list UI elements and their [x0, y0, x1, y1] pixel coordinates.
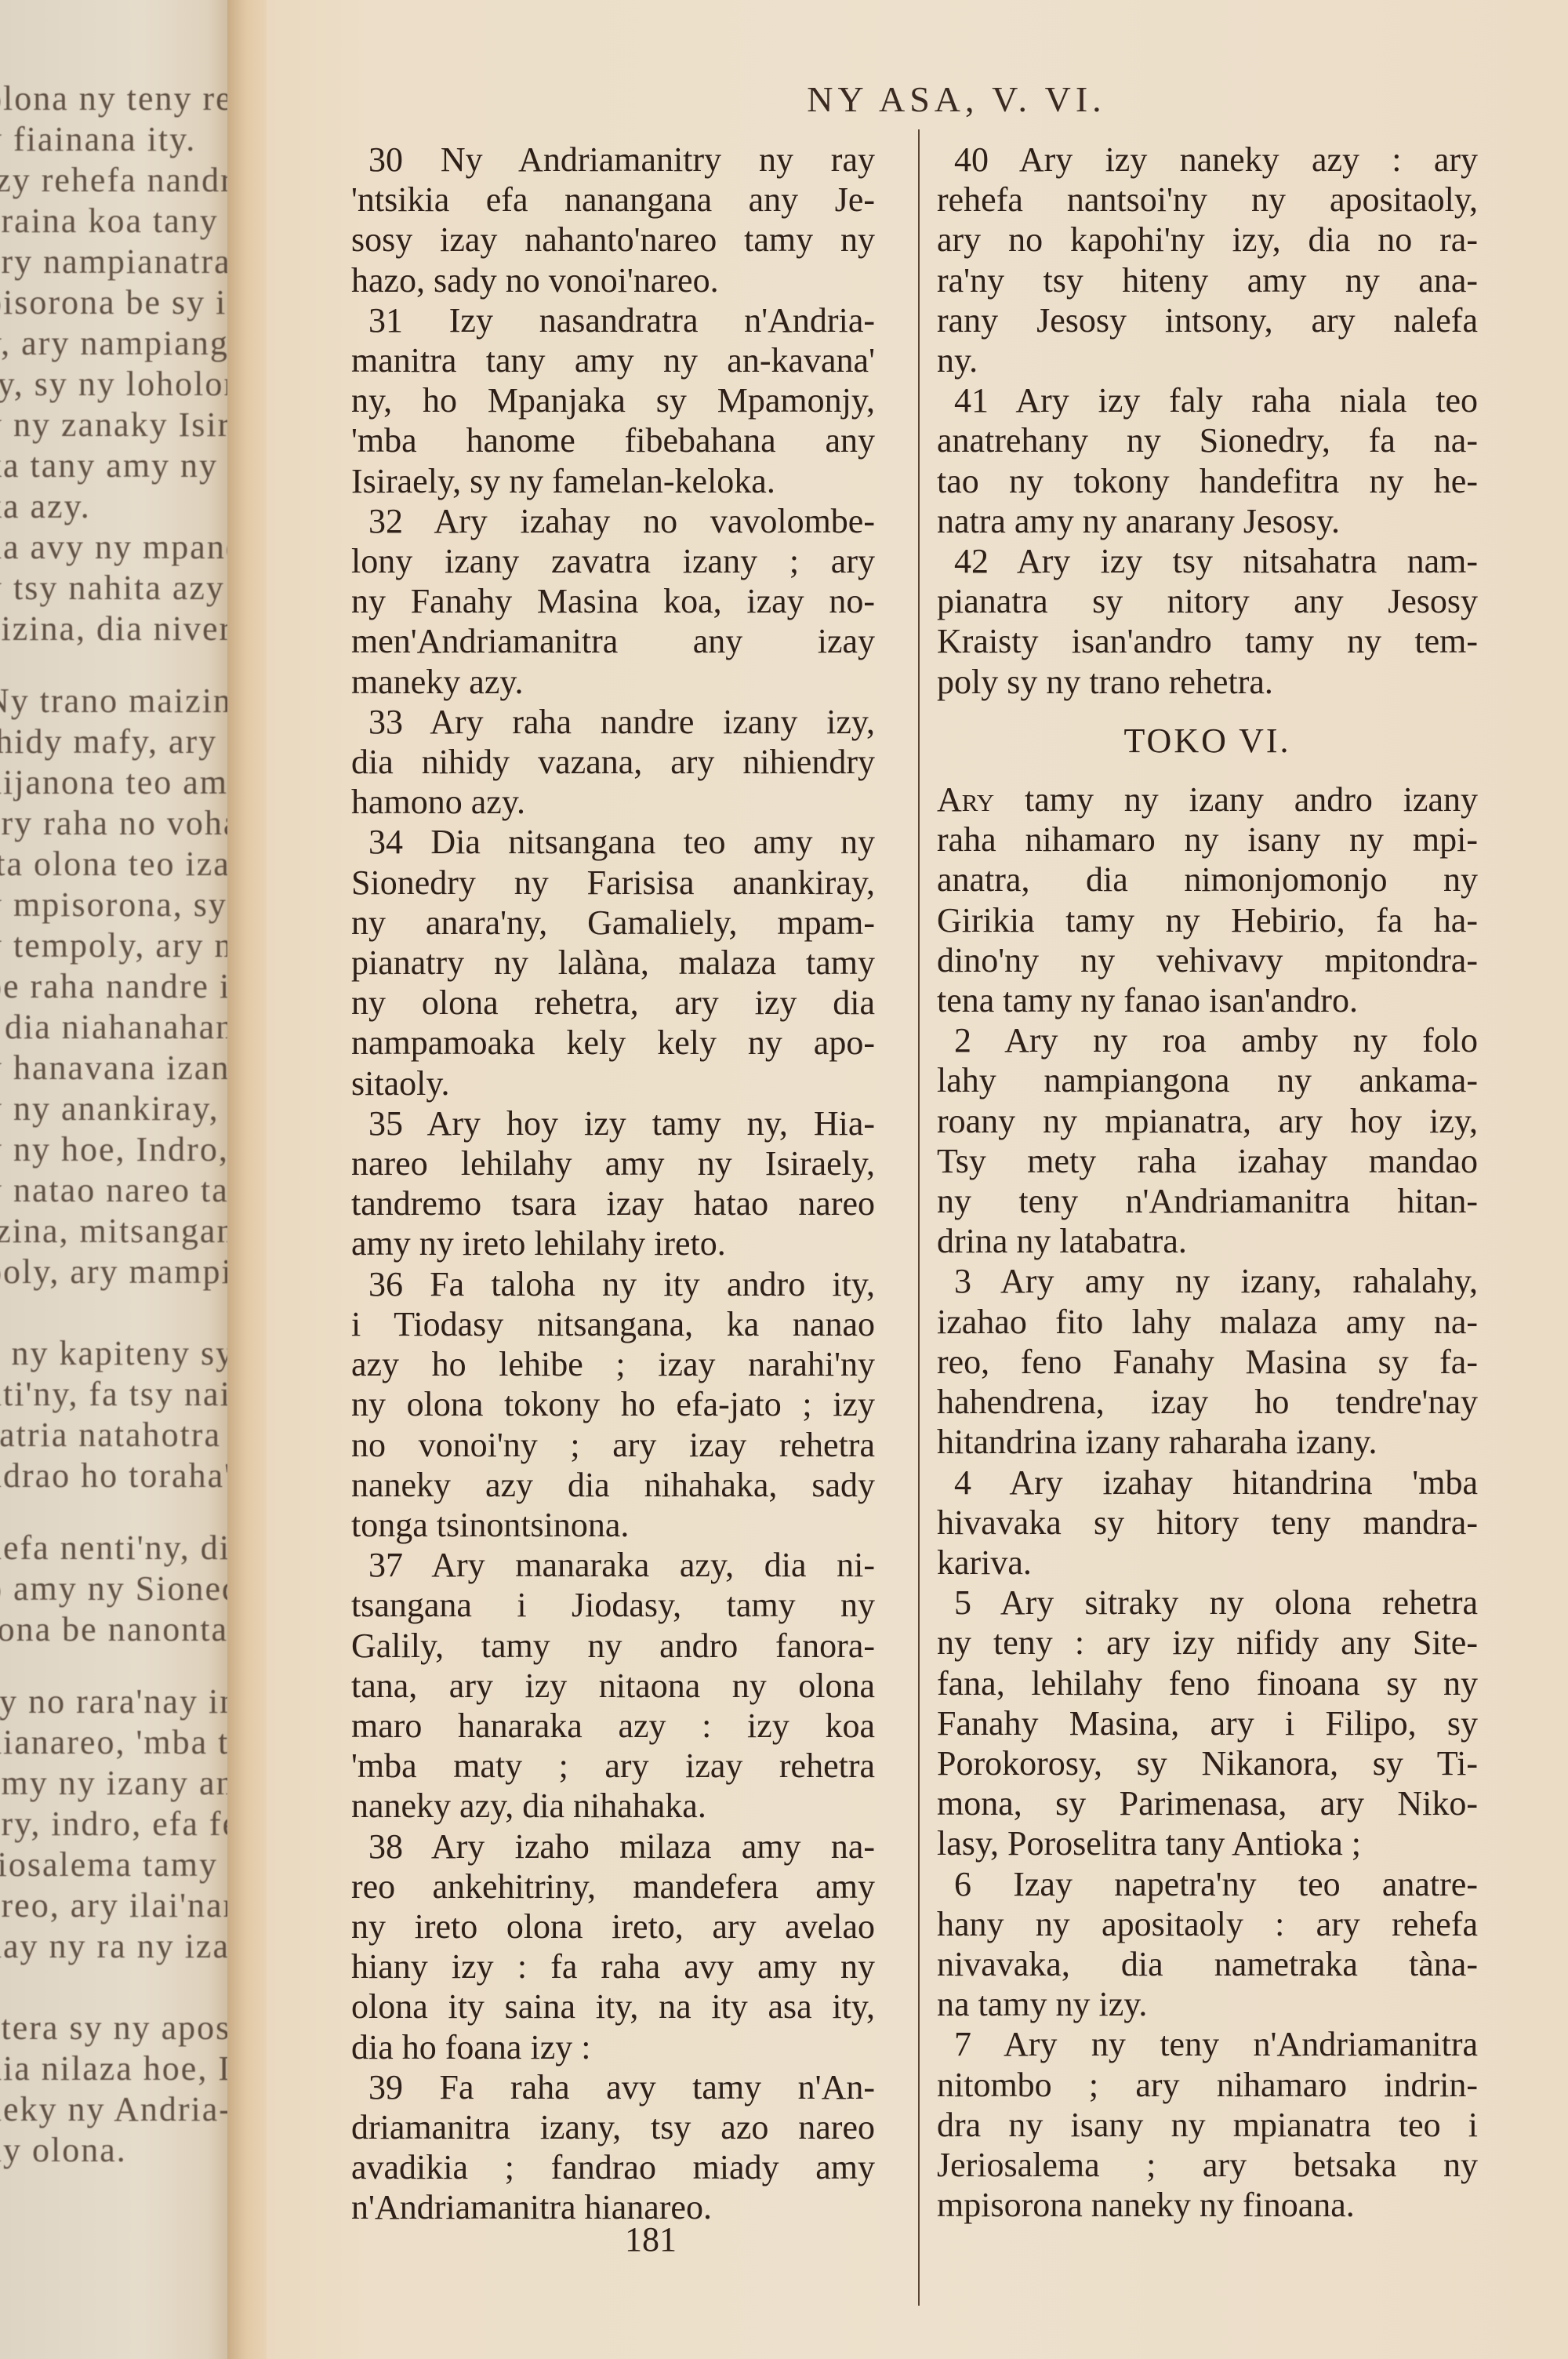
facing-page-line: araina koa tany am- — [0, 201, 235, 242]
text-line: lahy nampiangona ny ankama- — [937, 1060, 1478, 1100]
facing-page-line: nti'ny, fa tsy nailay — [0, 1374, 235, 1415]
text-line: amy ny ireto lehilahy ireto. — [351, 1223, 875, 1263]
text-line: lony izany zavatra izany ; ary — [351, 541, 875, 581]
facing-page-line — [0, 1650, 235, 1681]
text-line: 33 Ary raha nandre izany izy, — [351, 702, 875, 742]
facing-page-line: ary raha no voha — [0, 803, 235, 844]
facing-page-line: y ny anankiray, ary — [0, 1089, 235, 1129]
text-line: nitombo ; ary nihamaro indrin- — [937, 2065, 1478, 2105]
text-line: ra'ny tsy hiteny amy ny ana- — [937, 260, 1478, 300]
facing-page-text: olona ny teny rehetray fiainana ity.izy … — [0, 78, 235, 2171]
verses-chapter-5-end: 40 Ary izy naneky azy : aryrehefa nantso… — [937, 140, 1478, 702]
text-line: anatra, dia nimonjomonjo ny — [937, 860, 1478, 900]
facing-page-line: riosalema tamy ny — [0, 1845, 235, 1885]
text-line: dino'ny ny vehivavy mpitondra- — [937, 940, 1478, 980]
facing-page-line: satria natahotra ny — [0, 1415, 235, 1456]
text-line: reo, feno Fanahy Masina sy fa- — [937, 1342, 1478, 1382]
facing-page-line: ita olona teo izahay. — [0, 844, 235, 885]
facing-page-line — [0, 649, 235, 681]
text-line: ny teny : ary izy nifidy any Site- — [937, 1623, 1478, 1663]
text-line: ny. — [937, 340, 1478, 380]
facing-page-line: Ny trano maizina efa — [0, 681, 235, 722]
book-page: NY ASA, V. VI. 30 Ny Andriamanitry ny ra… — [267, 0, 1568, 2359]
text-line: natra amy ny anarany Jesosy. — [937, 501, 1478, 541]
text-line: hany ny apositaoly : ary rehefa — [937, 1904, 1478, 1944]
facing-page-line: rona be nanontany — [0, 1609, 235, 1650]
text-line: dra ny isany ny mpianatra teo i — [937, 2105, 1478, 2145]
text-line: 32 Ary izahay no vavolombe- — [351, 501, 875, 541]
verses-chapter-6: Ary tamy ny izany andro izanyraha nihama… — [937, 780, 1478, 2225]
text-line: Girikia tamy ny Hebirio, fa ha- — [937, 900, 1478, 940]
text-line: sitaoly. — [351, 1063, 875, 1103]
text-line: maro hanaraka azy : izy koa — [351, 1706, 875, 1746]
text-line: naneky azy, dia nihahaka. — [351, 1786, 875, 1826]
text-line: olona ity saina ity, na ity asa ity, — [351, 1986, 875, 2026]
text-line: 31 Izy nasandratra n'Andria- — [351, 300, 875, 340]
text-line: ny ireto olona ireto, ary avelao — [351, 1906, 875, 1946]
text-line: 39 Fa raha avy tamy n'An- — [351, 2067, 875, 2107]
facing-page-line: y, ary nampiangona — [0, 323, 235, 364]
text-line: 40 Ary izy naneky azy : ary — [937, 140, 1478, 180]
text-line: poly sy ny trano rehetra. — [937, 662, 1478, 702]
text-line: ary no kapohi'ny izy, dia no ra- — [937, 220, 1478, 260]
facing-page-line: ary nampianatra. Fa — [0, 242, 235, 282]
text-line: drina ny latabatra. — [937, 1221, 1478, 1261]
text-line: 'ntsikia efa nanangana any Je- — [351, 180, 875, 220]
facing-page-line: hianareo, 'mba tsy — [0, 1722, 235, 1763]
text-line: nampamoaka kely kely ny apo- — [351, 1023, 875, 1063]
facing-page-line: y fiainana ity. — [0, 119, 235, 160]
text-line: nivavaka, dia nametraka tàna- — [937, 1944, 1478, 1984]
text-line: mpisorona naneky ny finoana. — [937, 2185, 1478, 2225]
facing-page-line: amy ny izany ana- — [0, 1763, 235, 1804]
facing-page-line: ry, sy ny loholona re- — [0, 364, 235, 405]
facing-page-line: o amy ny Sionedry: — [0, 1568, 235, 1609]
text-line: 37 Ary manaraka azy, dia ni- — [351, 1545, 875, 1585]
text-line: tonga tsinontsinona. — [351, 1505, 875, 1545]
text-line: lasy, Poroselitra tany Antioka ; — [937, 1823, 1478, 1863]
facing-page-line: pisorona be sy izay — [0, 282, 235, 323]
text-line: Jeriosalema ; ary betsaka ny — [937, 2145, 1478, 2185]
facing-page-line: izina, mitsangana ao — [0, 1211, 235, 1252]
facing-page-line: ha avy ny mpandra- — [0, 527, 235, 568]
text-line: anatrehany ny Sionedry, fa na- — [937, 420, 1478, 460]
facing-page-line: olona ny teny rehetra — [0, 78, 235, 119]
facing-page-line: y ny zanaky Isiraely, — [0, 405, 235, 445]
text-line: 41 Ary izy faly raha niala teo — [937, 380, 1478, 420]
facing-page-line: neky ny Andria- — [0, 2089, 235, 2130]
page-number: 181 — [572, 2219, 729, 2259]
facing-page: olona ny teny rehetray fiainana ity.izy … — [0, 0, 235, 2359]
text-line: na tamy ny izy. — [937, 1984, 1478, 2024]
text-line: 4 Ary izahay hitandrina 'mba — [937, 1463, 1478, 1503]
facing-page-line: sy no rara'nay in- — [0, 1681, 235, 1722]
text-line: 5 Ary sitraky ny olona rehetra — [937, 1583, 1478, 1623]
facing-page-line: . — [0, 1292, 235, 1333]
text-line: i Tiodasy nitsangana, ka nanao — [351, 1304, 875, 1344]
facing-page-line: . — [0, 1967, 235, 2008]
chapter-heading: TOKO VI. — [937, 721, 1478, 761]
facing-page-line: y hanavana izany. — [0, 1048, 235, 1089]
text-line: roany ny mpianatra, ary hoy izy, — [937, 1101, 1478, 1141]
text-line: 35 Ary hoy izy tamy ny, Hia- — [351, 1103, 875, 1143]
facing-page-line: oe raha nandre izany — [0, 966, 235, 1007]
facing-page-line: nijanona teo am-be- — [0, 762, 235, 803]
facing-page-line: ooly, ary mampiana- — [0, 1252, 235, 1292]
facing-page-line: , dia niahanahana — [0, 1007, 235, 1048]
text-line: tsangana i Jiodasy, tamy ny — [351, 1585, 875, 1625]
text-line: Tsy mety raha izahay mandao — [937, 1141, 1478, 1181]
text-line: azy ho lehibe ; izay narahi'ny — [351, 1344, 875, 1384]
text-line: 3 Ary amy ny izany, rahalahy, — [937, 1261, 1478, 1301]
facing-page-line: y mpisorona, sy ny — [0, 885, 235, 925]
text-line: 36 Fa taloha ny ity andro ity, — [351, 1264, 875, 1304]
facing-page-line: ndrao ho toraha'ny — [0, 1456, 235, 1496]
text-line: dia nihidy vazana, ary nihiendry — [351, 742, 875, 782]
text-line: dia ho foana izy : — [351, 2027, 875, 2067]
facing-page-line: ihidy mafy, ary ny — [0, 722, 235, 762]
right-text-column: 40 Ary izy naneky azy : aryrehefa nantso… — [937, 140, 1478, 2225]
text-line: maneky azy. — [351, 662, 875, 702]
facing-page-line: y natao nareo tany — [0, 1170, 235, 1211]
facing-page-line: ary, indro, efa fe- — [0, 1804, 235, 1845]
text-line: hivavaka sy hitory teny mandra- — [937, 1503, 1478, 1543]
facing-page-line: y tsy nahita azy ta- — [0, 568, 235, 609]
text-line: hazo, sady no vonoi'nareo. — [351, 260, 875, 300]
text-line: izahao fito lahy malaza amy na- — [937, 1302, 1478, 1342]
text-line: 'mba hanome fibebahana any — [351, 420, 875, 460]
text-line: 34 Dia nitsangana teo amy ny — [351, 822, 875, 862]
text-line: Galily, tamy ny andro fanora- — [351, 1626, 875, 1666]
facing-page-line: aizina, dia niverina — [0, 609, 235, 649]
facing-page-line: ny olona. — [0, 2130, 235, 2171]
text-line: ny olona tokony ho efa-jato ; izy — [351, 1384, 875, 1424]
text-line: fana, lehilahy feno finoana sy ny — [937, 1663, 1478, 1703]
facing-page-line: nay ny ra ny izany — [0, 1926, 235, 1967]
chapter-opening-word: Ary — [937, 780, 994, 819]
text-line: Sionedry ny Farisisa anankiray, — [351, 863, 875, 903]
text-line: hahendrena, izay ho tendre'nay — [937, 1382, 1478, 1422]
text-line: ny anara'ny, Gamaliely, mpam- — [351, 903, 875, 943]
text-line: raha nihamaro ny isany ny mpi- — [937, 820, 1478, 860]
text-line: 6 Izay napetra'ny teo anatre- — [937, 1864, 1478, 1904]
text-line: mona, sy Parimenasa, ary Niko- — [937, 1783, 1478, 1823]
facing-page-line — [0, 1496, 235, 1528]
facing-page-line: izy rehefa nandre, dia — [0, 160, 235, 201]
text-line: 'mba maty ; ary izay rehetra — [351, 1746, 875, 1786]
facing-page-line: dia nilaza hoe, Iza- — [0, 2048, 235, 2089]
text-line: hiany izy : fa raha avy amy ny — [351, 1946, 875, 1986]
text-line: 38 Ary izaho milaza amy na- — [351, 1826, 875, 1866]
text-line: 7 Ary ny teny n'Andriamanitra — [937, 2024, 1478, 2064]
text-line: naneky azy dia nihahaka, sady — [351, 1465, 875, 1505]
text-line: tandremo tsara izay hatao nareo — [351, 1183, 875, 1223]
text-line: driamanitra izany, tsy azo nareo — [351, 2107, 875, 2147]
text-line: tana, ary izy nitaona ny olona — [351, 1666, 875, 1706]
text-line: tao ny tokony handefitra ny he- — [937, 461, 1478, 501]
facing-page-line: ka azy. — [0, 486, 235, 527]
text-line: hamono azy. — [351, 782, 875, 822]
text-line: Kraisty isan'andro tamy ny tem- — [937, 621, 1478, 661]
text-line: rehefa nantsoi'ny ny apositaoly, — [937, 180, 1478, 220]
left-text-column: 30 Ny Andriamanitry ny ray'ntsikia efa n… — [351, 140, 875, 2228]
facing-page-line: etera sy ny aposi- — [0, 2008, 235, 2048]
text-line: pianatra sy nitory any Jesosy — [937, 581, 1478, 621]
text-line: ny Fanahy Masina koa, izay no- — [351, 581, 875, 621]
text-line: tena tamy ny fanao isan'andro. — [937, 980, 1478, 1020]
text-line: sosy izay nahanto'nareo tamy ny — [351, 220, 875, 260]
text-line: Fanahy Masina, ary i Filipo, sy — [937, 1703, 1478, 1743]
text-line: Porokorosy, sy Nikanora, sy Ti- — [937, 1743, 1478, 1783]
facing-page-line: areo, ary ilai'nareo — [0, 1885, 235, 1926]
text-line: kariva. — [937, 1543, 1478, 1583]
facing-page-line: y ny hoe, Indro, ny — [0, 1129, 235, 1170]
text-line: reo ankehitriny, mandefera amy — [351, 1866, 875, 1906]
text-line: Ary tamy ny izany andro izany — [937, 780, 1478, 820]
text-line: rany Jesosy intsony, ary nalefa — [937, 300, 1478, 340]
text-line: ny olona rehetra, ary izy dia — [351, 983, 875, 1023]
facing-page-line: y tempoly, ary ny — [0, 925, 235, 966]
text-line: no vonoi'ny ; ary izay rehetra — [351, 1425, 875, 1465]
text-line: ny, ho Mpanjaka sy Mpamonjy, — [351, 380, 875, 420]
facing-page-line: hefa nenti'ny, dia — [0, 1528, 235, 1568]
text-line: men'Andriamanitra any izay — [351, 621, 875, 661]
running-head: NY ASA, V. VI. — [753, 78, 1160, 120]
text-line: manitra tany amy ny an-kavana' — [351, 340, 875, 380]
text-line: Isiraely, sy ny famelan-keloka. — [351, 461, 875, 501]
text-line: ny teny n'Andriamanitra hitan- — [937, 1181, 1478, 1221]
column-divider-rule — [918, 129, 920, 2306]
text-line: 30 Ny Andriamanitry ny ray — [351, 140, 875, 180]
facing-page-line: a ny kapiteny sy ny — [0, 1333, 235, 1374]
text-line: avadikia ; fandrao miady amy — [351, 2147, 875, 2187]
text-line: nareo lehilahy amy ny Isiraely, — [351, 1143, 875, 1183]
facing-page-line: ka tany amy ny trano — [0, 445, 235, 486]
text-line: hitandrina izany raharaha izany. — [937, 1422, 1478, 1462]
text-line: pianatry ny lalàna, malaza tamy — [351, 943, 875, 983]
text-line: 2 Ary ny roa amby ny folo — [937, 1020, 1478, 1060]
text-line: 42 Ary izy tsy nitsahatra nam- — [937, 541, 1478, 581]
